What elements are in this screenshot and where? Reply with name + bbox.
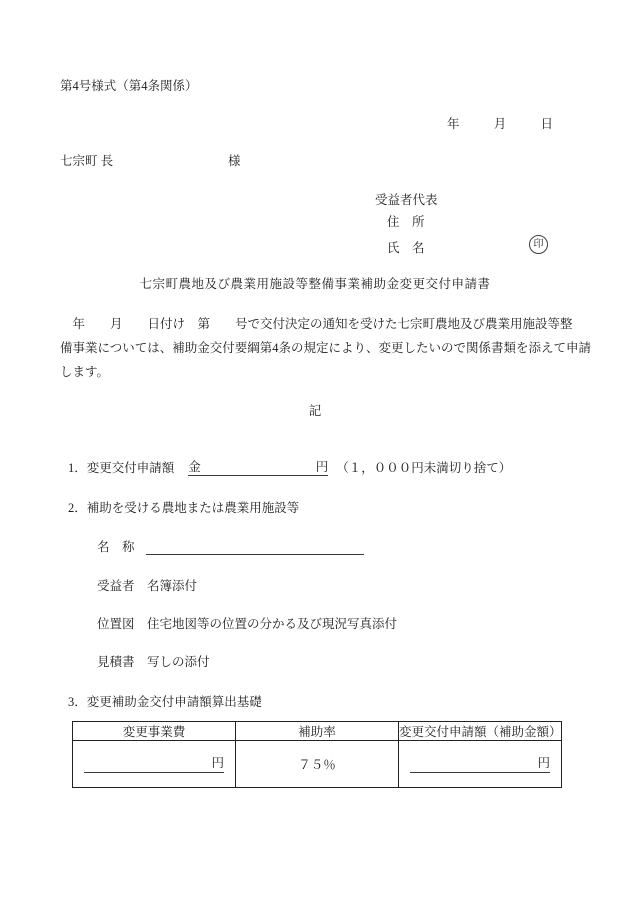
- year-label: 年: [447, 114, 460, 132]
- month-label: 月: [494, 114, 507, 132]
- application-amount-fill-in-field[interactable]: 円: [410, 755, 550, 772]
- location-map-attachment-row: 位置図 住宅地図等の位置の分かる及び現況写真添付: [97, 614, 397, 632]
- project-cost-fill-in-field[interactable]: 円: [84, 755, 224, 772]
- address-label: 住 所: [387, 212, 425, 230]
- table-header-row: 変更事業費 補助率 変更交付申請額（補助金額）: [73, 722, 562, 741]
- item-3-heading: 3．変更補助金交付申請額算出基礎: [68, 692, 262, 710]
- date-line: 年 月 日: [447, 114, 553, 132]
- form-number: 第4号様式（第4条関係）: [60, 76, 198, 94]
- document-page: 第4号様式（第4条関係） 年 月 日 七宗町 長 様 受益者代表 住 所 氏 名…: [0, 0, 630, 903]
- addressee-name: 七宗町 長: [60, 154, 113, 168]
- addressee-honorific: 様: [228, 151, 241, 169]
- amount-fill-in-field[interactable]: 金 円: [188, 457, 328, 476]
- record-heading: 記: [0, 401, 630, 419]
- item-2-heading: 2．補助を受ける農地または農業用施設等: [68, 498, 299, 516]
- header-change-project-cost: 変更事業費: [73, 722, 236, 741]
- body-paragraph: 年 月 日付け 第 号で交付決定の通知を受けた七宗町農地及び農業用施設等整 備事…: [60, 312, 605, 384]
- cell-project-cost: 円: [73, 741, 236, 788]
- item-1-note: （１，０００円未満切り捨て）: [336, 458, 511, 476]
- seal-character: 印: [534, 240, 544, 250]
- table-data-row: 円 ７５％ 円: [73, 741, 562, 788]
- item-1-label: 1．変更交付申請額: [68, 458, 174, 476]
- currency-prefix: 金: [188, 457, 201, 475]
- addressee-line: 七宗町 長 様: [60, 151, 380, 169]
- application-amount-yen-suffix: 円: [537, 756, 550, 770]
- facility-name-row: 名 称: [97, 537, 364, 555]
- cell-subsidy-rate: ７５％: [236, 741, 399, 788]
- document-title: 七宗町農地及び農業用施設等整備事業補助金変更交付申請書: [0, 274, 630, 292]
- estimate-attachment-row: 見積書 写しの添付: [97, 652, 210, 670]
- currency-suffix: 円: [316, 457, 329, 475]
- header-subsidy-rate: 補助率: [236, 722, 399, 741]
- project-cost-yen-suffix: 円: [211, 756, 224, 770]
- calculation-basis-table: 変更事業費 補助率 変更交付申請額（補助金額） 円 ７５％ 円: [72, 721, 562, 788]
- subsidy-rate-value: ７５％: [298, 758, 336, 772]
- item-1-change-application-amount: 1．変更交付申請額 金 円 （１，０００円未満切り捨て）: [68, 457, 511, 476]
- name-label: 氏 名: [387, 238, 425, 256]
- facility-name-fill-in-field[interactable]: [146, 540, 364, 555]
- cell-application-amount: 円: [399, 741, 562, 788]
- seal-mark-icon: 印: [529, 235, 548, 254]
- beneficiary-representative-label: 受益者代表: [375, 190, 438, 208]
- beneficiary-attachment-row: 受益者 名簿添付: [97, 576, 197, 594]
- header-change-application-amount: 変更交付申請額（補助金額）: [399, 722, 562, 741]
- facility-name-label: 名 称: [97, 540, 135, 554]
- day-label: 日: [540, 114, 553, 132]
